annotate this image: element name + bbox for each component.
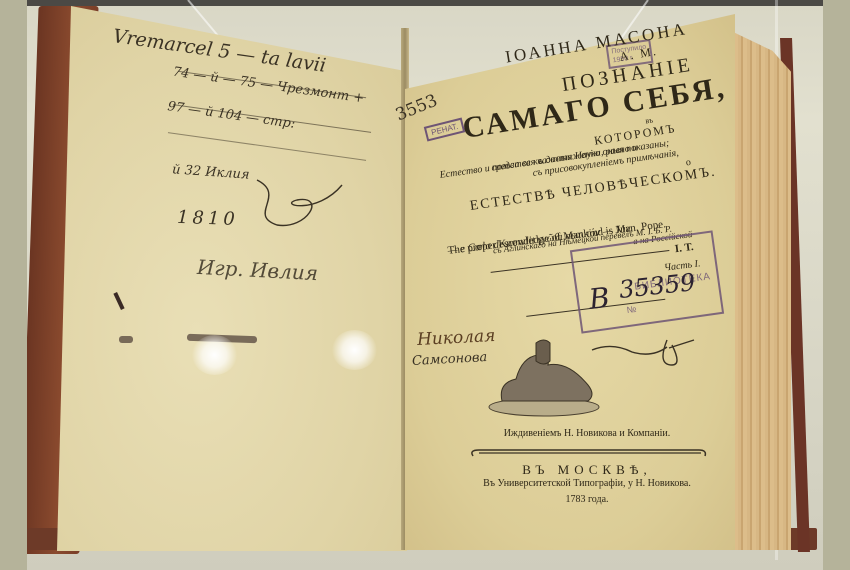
light-reflection [332,330,377,370]
ornamental-rule [469,446,709,460]
book-photograph: Vremarcel 5 — ta lavii 74 — й — 75 — Чре… [27,0,823,570]
library-stamp-no: № [626,304,637,315]
city: ВЪ МОСКВѢ, [467,462,707,478]
publisher: Иждивеніемъ Н. Новикова и Компаніи. [467,428,707,439]
light-reflection [192,335,237,375]
ink-smear [119,336,133,343]
ink-scribble [587,330,697,370]
library-number-prefix: В [587,281,611,316]
sphinx-vignette [482,335,602,420]
signature-flourish [237,175,347,235]
year: 1783 года. [467,494,707,505]
press: Въ Университетской Типографіи, у Н. Нови… [442,478,732,489]
handwriting-year: 1810 [177,207,240,230]
